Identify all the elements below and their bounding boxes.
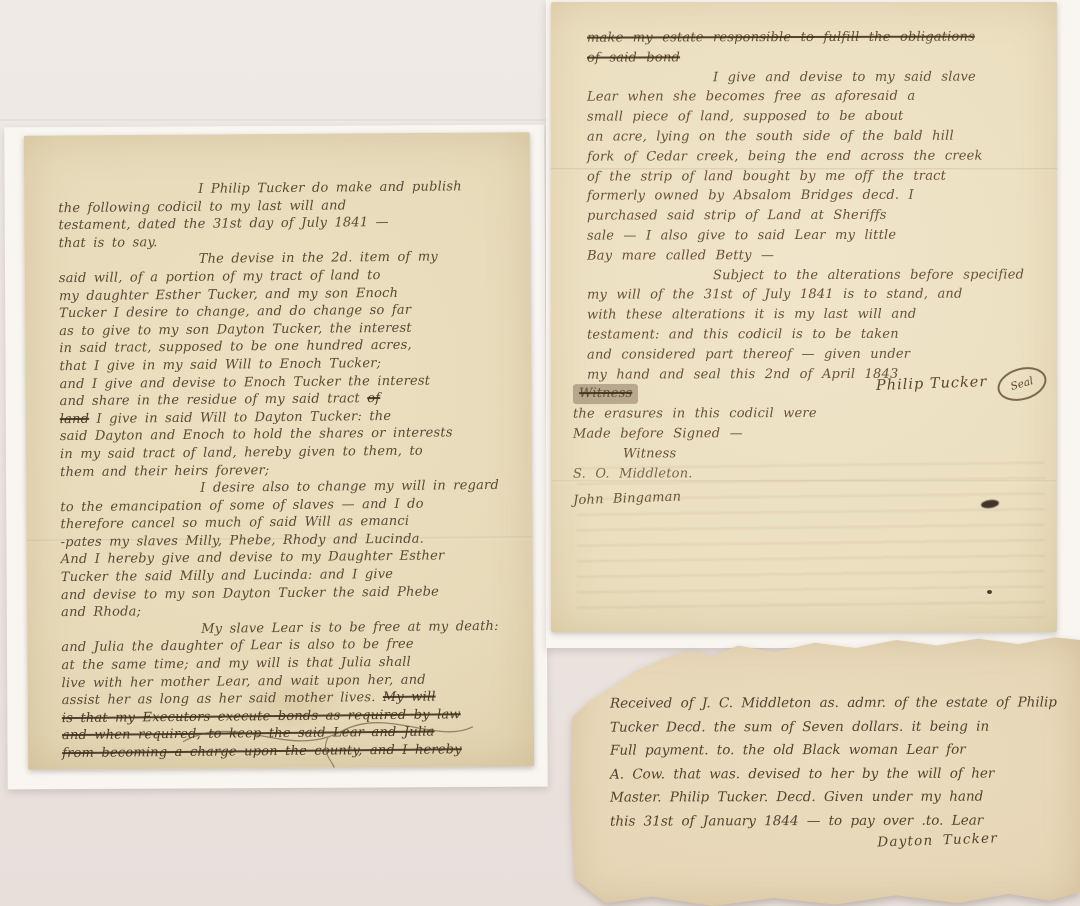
- handwritten-line: and considered part thereof — given unde…: [587, 344, 1043, 365]
- handwriting-block: make my estate responsible to fulfill th…: [551, 2, 1057, 384]
- handwritten-line: Made before Signed —: [573, 423, 1043, 444]
- handwritten-segment: land: [60, 412, 90, 427]
- handwritten-line: fork of Cedar creek, being the end acros…: [587, 146, 1043, 167]
- handwritten-line: Master. Philip Tucker. Decd. Given under…: [610, 785, 1062, 810]
- handwritten-line: Received of J. C. Middleton as. admr. of…: [610, 691, 1062, 716]
- scanned-documents-photo: I Philip Tucker do make and publishthe f…: [0, 0, 1080, 906]
- handwritten-line: Subject to the alterations before specif…: [587, 265, 1043, 286]
- handwritten-segment: assist her as long as her said mother li…: [62, 690, 383, 708]
- ink-speck: [987, 590, 992, 594]
- handwritten-segment: My will: [383, 690, 436, 706]
- handwritten-line: Full payment. to. the old Black woman Le…: [610, 738, 1062, 763]
- handwritten-line: make my estate responsible to fulfill th…: [587, 27, 1043, 48]
- handwritten-line: formerly owned by Absalom Bridges decd. …: [587, 186, 1043, 207]
- handwritten-line: of the strip of land bought by me off th…: [587, 166, 1043, 187]
- codicil-page-2: make my estate responsible to fulfill th…: [551, 2, 1057, 632]
- handwriting-block: I Philip Tucker do make and publishthe f…: [24, 132, 534, 762]
- receipt-scrap-wrap: Received of J. C. Middleton as. admr. of…: [570, 636, 1080, 906]
- handwritten-line: Bay mare called Betty —: [587, 245, 1043, 266]
- handwritten-line: testament: and this codicil is to be tak…: [587, 324, 1043, 345]
- codicil-page-1: I Philip Tucker do make and publishthe f…: [24, 132, 534, 770]
- handwritten-segment: and share in the residue of my said trac…: [60, 391, 368, 409]
- handwritten-line: with these alterations it is my last wil…: [587, 305, 1043, 326]
- ink-bleedthrough: [577, 454, 1045, 618]
- handwritten-segment: I give in said Will to Dayton Tucker: th…: [89, 409, 391, 427]
- pen-flourish: [178, 715, 479, 770]
- handwritten-line: the erasures in this codicil were: [573, 404, 1043, 425]
- handwritten-line: of said bond: [587, 47, 1043, 68]
- handwritten-line: my will of the 31st of July 1841 is to s…: [587, 285, 1043, 306]
- handwritten-line: Lear when she becomes free as aforesaid …: [587, 87, 1043, 108]
- handwritten-line: Witness: [573, 384, 638, 404]
- handwritten-line: I give and devise to my said slave: [587, 67, 1043, 88]
- handwritten-line: purchased said strip of Land at Sheriffs: [587, 206, 1043, 227]
- handwritten-line: Tucker Decd. the sum of Seven dollars. i…: [610, 715, 1062, 740]
- handwriting-block: Received of J. C. Middleton as. admr. of…: [570, 636, 1080, 857]
- handwritten-line: sale — I also give to said Lear my littl…: [587, 225, 1043, 246]
- handwritten-line: an acre, lying on the south side of the …: [587, 126, 1043, 147]
- handwritten-line: small piece of land, supposed to be abou…: [587, 107, 1043, 128]
- handwritten-line: A. Cow. that was. devised to her by the …: [610, 762, 1062, 787]
- receipt-note: Received of J. C. Middleton as. admr. of…: [570, 636, 1080, 906]
- handwritten-segment: of: [367, 391, 380, 406]
